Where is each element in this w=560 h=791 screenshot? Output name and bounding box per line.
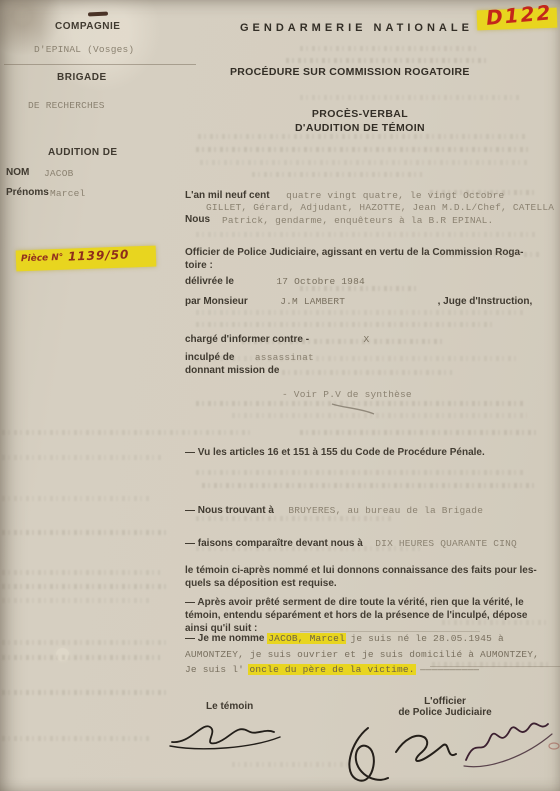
mission-label: donnant mission de [185, 365, 279, 376]
par-monsieur-value: J.M LAMBERT [280, 296, 345, 307]
brigade-value: DE RECHERCHES [28, 100, 105, 111]
procedure-title: PROCÉDURE SUR COMMISSION ROGATOIRE [230, 66, 470, 78]
nous-label: Nous [185, 214, 210, 225]
bleed-through-line [196, 470, 526, 475]
officers-line2: Patrick, gendarme, enquêteurs à la B.R E… [222, 215, 493, 226]
piece-number-highlight: Pièce N° 1139/50 [16, 246, 157, 272]
audition-label: AUDITION DE [48, 147, 117, 158]
serment-line1: — Après avoir prêté serment de dire tout… [185, 596, 524, 609]
temoin-par-line1: le témoin ci-après nommé et lui donnons … [185, 564, 537, 577]
compagnie-label: COMPAGNIE [55, 21, 120, 32]
bleed-through-line [196, 356, 516, 361]
bleed-through-line [252, 172, 422, 177]
bleed-through-line [196, 147, 531, 152]
bleed-through-line [300, 286, 420, 291]
bleed-through-line [2, 598, 150, 603]
page-title: GENDARMERIE NATIONALE [240, 22, 473, 34]
bleed-through-line [198, 134, 528, 139]
bleed-through-line [2, 455, 162, 460]
bleed-through-line [196, 516, 391, 521]
bleed-through-line [282, 370, 452, 375]
bleed-through-line [202, 483, 537, 488]
officier-signature-block: L'officier de Police Judiciaire [360, 696, 530, 718]
bleed-through-line [430, 190, 535, 195]
bleed-through-line [442, 620, 550, 625]
officers-line1: GILLET, Gérard, Adjudant, HAZOTTE, Jean … [206, 202, 554, 213]
compagnie-value: D'EPINAL (Vosges) [34, 44, 134, 55]
bleed-through-line [286, 58, 486, 63]
bleed-through-line [196, 401, 526, 406]
bleed-through-line [232, 762, 350, 767]
statement-prefix: — Je me nomme [185, 633, 267, 644]
statement-paragraph: — Je me nomme JACOB, Marcel je suis né l… [185, 630, 541, 677]
bleed-through-line [200, 160, 530, 165]
temoin-signature [168, 712, 288, 757]
nom-label: NOM [6, 167, 29, 178]
trouvant-value: BRUYERES, au bureau de la Brigade [288, 505, 483, 516]
statement-name-highlight: JACOB, Marcel [267, 633, 346, 644]
bleed-through-line [196, 310, 526, 315]
trouvant-label: — Nous trouvant à [185, 505, 274, 516]
piece-number-value: 1139/50 [68, 247, 130, 263]
doc-type-line2: D'AUDITION DE TÉMOIN [185, 122, 535, 134]
bleed-through-line [2, 736, 150, 741]
bleed-through-line [2, 584, 168, 589]
charge-line: chargé d'informer contre - X [185, 329, 369, 347]
par-monsieur-label: par Monsieur [185, 296, 248, 307]
bleed-through-line [2, 690, 170, 695]
bleed-through-line [196, 232, 536, 237]
bleed-through-line [432, 662, 550, 667]
bleed-through-line [2, 570, 160, 575]
delivree-label: délivrée le [185, 276, 234, 287]
bleed-through-line [2, 430, 252, 435]
divider-line [4, 64, 196, 65]
bleed-through-line [300, 95, 520, 100]
officier-signatures [330, 716, 560, 791]
document-scan: COMPAGNIE D'EPINAL (Vosges) BRIGADE DE R… [0, 0, 560, 791]
bleed-through-line [2, 640, 170, 645]
bleed-through-line [196, 322, 496, 327]
temoin-par-line2: quels sa déposition est requise. [185, 577, 337, 590]
date-printed: L'an mil neuf cent [185, 190, 270, 201]
ink-mark [88, 11, 108, 16]
bleed-through-line [440, 252, 540, 257]
bleed-through-line [2, 655, 160, 660]
bleed-through-line [196, 546, 421, 551]
bleed-through-line [232, 413, 527, 418]
bleed-through-line [2, 496, 152, 501]
articles-line: — Vu les articles 16 et 151 à 155 du Cod… [185, 446, 485, 459]
bleed-through-line [2, 530, 170, 535]
piece-number-label: Pièce N° [21, 253, 64, 264]
temoin-signature-label: Le témoin [206, 701, 253, 712]
bleed-through-line [242, 339, 442, 344]
statement-relation-highlight: oncle du père de la victime. [248, 664, 415, 675]
par-monsieur-line: par Monsieur J.M LAMBERT , Juge d'Instru… [185, 291, 532, 309]
nom-value: JACOB [44, 168, 74, 179]
prenoms-label: Prénoms [6, 187, 49, 198]
bleed-through-line [300, 430, 540, 435]
brigade-label: BRIGADE [57, 72, 107, 83]
officier-label-line1: L'officier [360, 696, 530, 707]
bleed-through-line [300, 46, 480, 51]
doc-type-line1: PROCÈS-VERBAL [185, 108, 535, 120]
prenoms-value: Marcel [50, 188, 85, 199]
juge-suffix: , Juge d'Instruction, [438, 296, 533, 307]
